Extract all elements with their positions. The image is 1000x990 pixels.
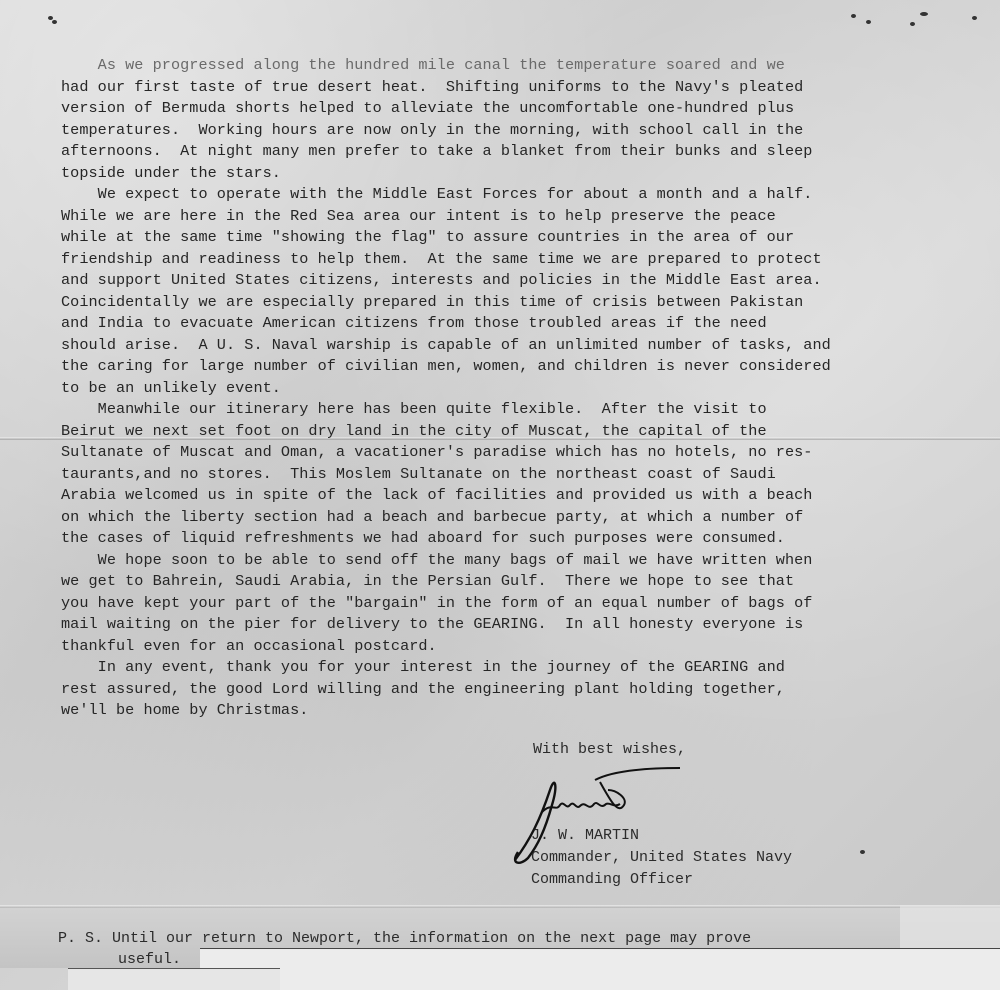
letter-line: we get to Bahrein, Saudi Arabia, in the … [61, 571, 961, 593]
closing-salutation: With best wishes, [533, 741, 686, 758]
letter-line: friendship and readiness to help them. A… [61, 249, 961, 271]
letter-line: the caring for large number of civilian … [61, 356, 961, 378]
paper-speck [851, 14, 856, 18]
postscript-line-2: useful. [58, 951, 181, 968]
letter-line: taurants,and no stores. This Moslem Sult… [61, 464, 961, 486]
signature-block: J. W. MARTIN Commander, United States Na… [531, 825, 792, 891]
postscript-line-1: P. S. Until our return to Newport, the i… [58, 930, 751, 947]
letter-line: Beirut we next set foot on dry land in t… [61, 421, 961, 443]
letter-line: and India to evacuate American citizens … [61, 313, 961, 335]
letter-line: while at the same time "showing the flag… [61, 227, 961, 249]
next-page-overlap [68, 968, 280, 990]
letter-line: thankful even for an occasional postcard… [61, 636, 961, 658]
paper-speck [910, 22, 915, 26]
letter-line: In any event, thank you for your interes… [61, 657, 961, 679]
letter-line: on which the liberty section had a beach… [61, 507, 961, 529]
letter-line: While we are here in the Red Sea area ou… [61, 206, 961, 228]
signer-title: Commander, United States Navy [531, 849, 792, 866]
letter-line: and support United States citizens, inte… [61, 270, 961, 292]
letter-line: As we progressed along the hundred mile … [61, 55, 961, 77]
letter-line: topside under the stars. [61, 163, 961, 185]
letter-line: the cases of liquid refreshments we had … [61, 528, 961, 550]
letter-line: you have kept your part of the "bargain"… [61, 593, 961, 615]
letter-line: we'll be home by Christmas. [61, 700, 961, 722]
letter-line: to be an unlikely event. [61, 378, 961, 400]
letter-line: Coincidentally we are especially prepare… [61, 292, 961, 314]
letter-page: As we progressed along the hundred mile … [0, 0, 1000, 990]
letter-line: We hope soon to be able to send off the … [61, 550, 961, 572]
letter-line: version of Bermuda shorts helped to alle… [61, 98, 961, 120]
signer-name: J. W. MARTIN [531, 827, 639, 844]
paper-speck [866, 20, 871, 24]
letter-line: We expect to operate with the Middle Eas… [61, 184, 961, 206]
letter-line: Arabia welcomed us in spite of the lack … [61, 485, 961, 507]
letter-line: mail waiting on the pier for delivery to… [61, 614, 961, 636]
letter-line: had our first taste of true desert heat.… [61, 77, 961, 99]
paper-speck [52, 20, 57, 24]
letter-line: rest assured, the good Lord willing and … [61, 679, 961, 701]
letter-line: temperatures. Working hours are now only… [61, 120, 961, 142]
signer-position: Commanding Officer [531, 871, 693, 888]
letter-line: Sultanate of Muscat and Oman, a vacation… [61, 442, 961, 464]
paper-speck [972, 16, 977, 20]
paper-speck [860, 850, 865, 854]
letter-line: should arise. A U. S. Naval warship is c… [61, 335, 961, 357]
letter-line: Meanwhile our itinerary here has been qu… [61, 399, 961, 421]
letter-line: afternoons. At night many men prefer to … [61, 141, 961, 163]
paper-speck [920, 12, 928, 16]
letter-body: As we progressed along the hundred mile … [61, 55, 961, 722]
next-page-overlap [200, 948, 1000, 990]
